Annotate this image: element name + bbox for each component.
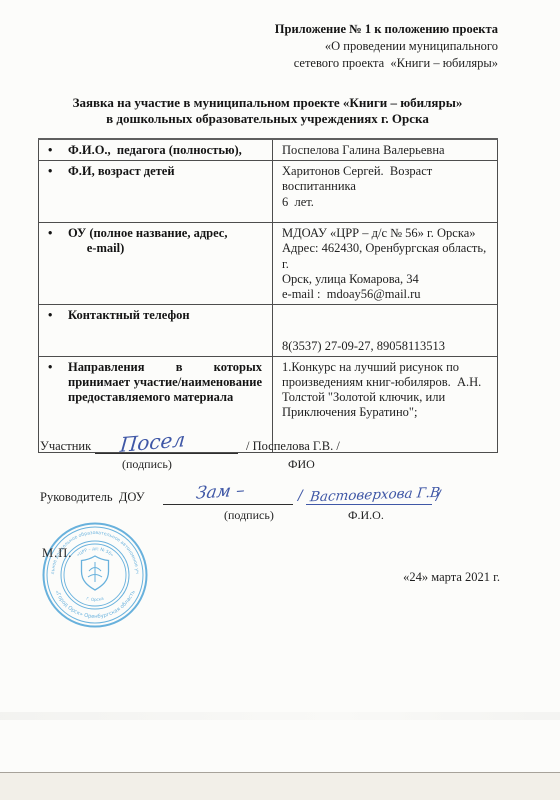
round-seal-stamp: муниципальное дошкольное образовательное… xyxy=(39,519,151,631)
scanned-document-page: Приложение № 1 к положению проекта «О пр… xyxy=(0,0,560,800)
head-slash-left: / xyxy=(298,488,303,504)
scan-smudge xyxy=(0,712,560,720)
field-label: Направления в которых принимает участие/… xyxy=(68,360,266,406)
head-label: Руководитель ДОУ xyxy=(40,490,145,505)
head-fio-caption: Ф.И.О. xyxy=(348,508,384,523)
bullet-marker: • xyxy=(48,226,68,256)
field-value: Харитонов Сергей. Возраст воспитанника 6… xyxy=(273,161,498,223)
title-line-1: Заявка на участие в муниципальном проект… xyxy=(38,95,497,111)
application-table: • Ф.И.О., педагога (полностью), Поспелов… xyxy=(38,138,498,453)
mp-label: М.П. xyxy=(42,546,72,561)
bullet-marker: • xyxy=(48,164,68,179)
participant-label: Участник xyxy=(40,439,91,454)
field-label: Контактный телефон xyxy=(68,308,266,323)
bullet-marker: • xyxy=(48,308,68,323)
appendix-line-1: Приложение № 1 к положению проекта xyxy=(178,21,498,38)
table-row: • Ф.И, возраст детей Харитонов Сергей. В… xyxy=(39,161,498,223)
title-line-2: в дошкольных образовательных учреждениях… xyxy=(38,111,497,127)
field-label: ОУ (полное название, адрес, e-mail) xyxy=(68,226,266,256)
field-value: Поспелова Галина Валерьевна xyxy=(273,139,498,161)
field-label: Ф.И.О., педагога (полностью), xyxy=(68,143,266,158)
head-slash-right: / xyxy=(436,488,441,504)
head-sign-caption: (подпись) xyxy=(224,508,274,523)
bullet-marker: • xyxy=(48,360,68,406)
table-row: • ОУ (полное название, адрес, e-mail) МД… xyxy=(39,223,498,305)
appendix-line-2: «О проведении муниципального xyxy=(178,38,498,55)
field-value: 8(3537) 27-09-27, 89058113513 xyxy=(273,305,498,357)
appendix-line-3: сетевого проекта «Книги – юбиляры» xyxy=(178,55,498,72)
svg-text:г. Орска: г. Орска xyxy=(86,596,105,603)
field-value: 1.Конкурс на лучший рисунок по произведе… xyxy=(273,356,498,452)
paper-edge xyxy=(0,772,560,800)
table-row: • Контактный телефон 8(3537) 27-09-27, 8… xyxy=(39,305,498,357)
stamp-outer-bottom-text: «Город Орск» Оренбургская область xyxy=(53,590,136,620)
participant-fio-caption: ФИО xyxy=(288,457,315,472)
table-row: • Ф.И.О., педагога (полностью), Поспелов… xyxy=(39,139,498,161)
head-handwritten-signature: Зам – xyxy=(195,480,246,504)
field-value: МДОАУ «ЦРР – д/с № 56» г. Орска» Адрес: … xyxy=(273,223,498,305)
participant-name: / Поспелова Г.В. / xyxy=(246,439,340,454)
bullet-marker: • xyxy=(48,143,68,158)
svg-text:«Город Орск» Оренбургская обла: «Город Орск» Оренбургская область xyxy=(53,590,136,620)
appendix-note: Приложение № 1 к положению проекта «О пр… xyxy=(178,21,498,72)
document-title: Заявка на участие в муниципальном проект… xyxy=(38,95,497,127)
stamp-inner-bottom-text: г. Орска xyxy=(86,596,105,603)
field-label: Ф.И, возраст детей xyxy=(68,164,266,179)
participant-sign-caption: (подпись) xyxy=(122,457,172,472)
date-label: «24» марта 2021 г. xyxy=(403,570,500,585)
